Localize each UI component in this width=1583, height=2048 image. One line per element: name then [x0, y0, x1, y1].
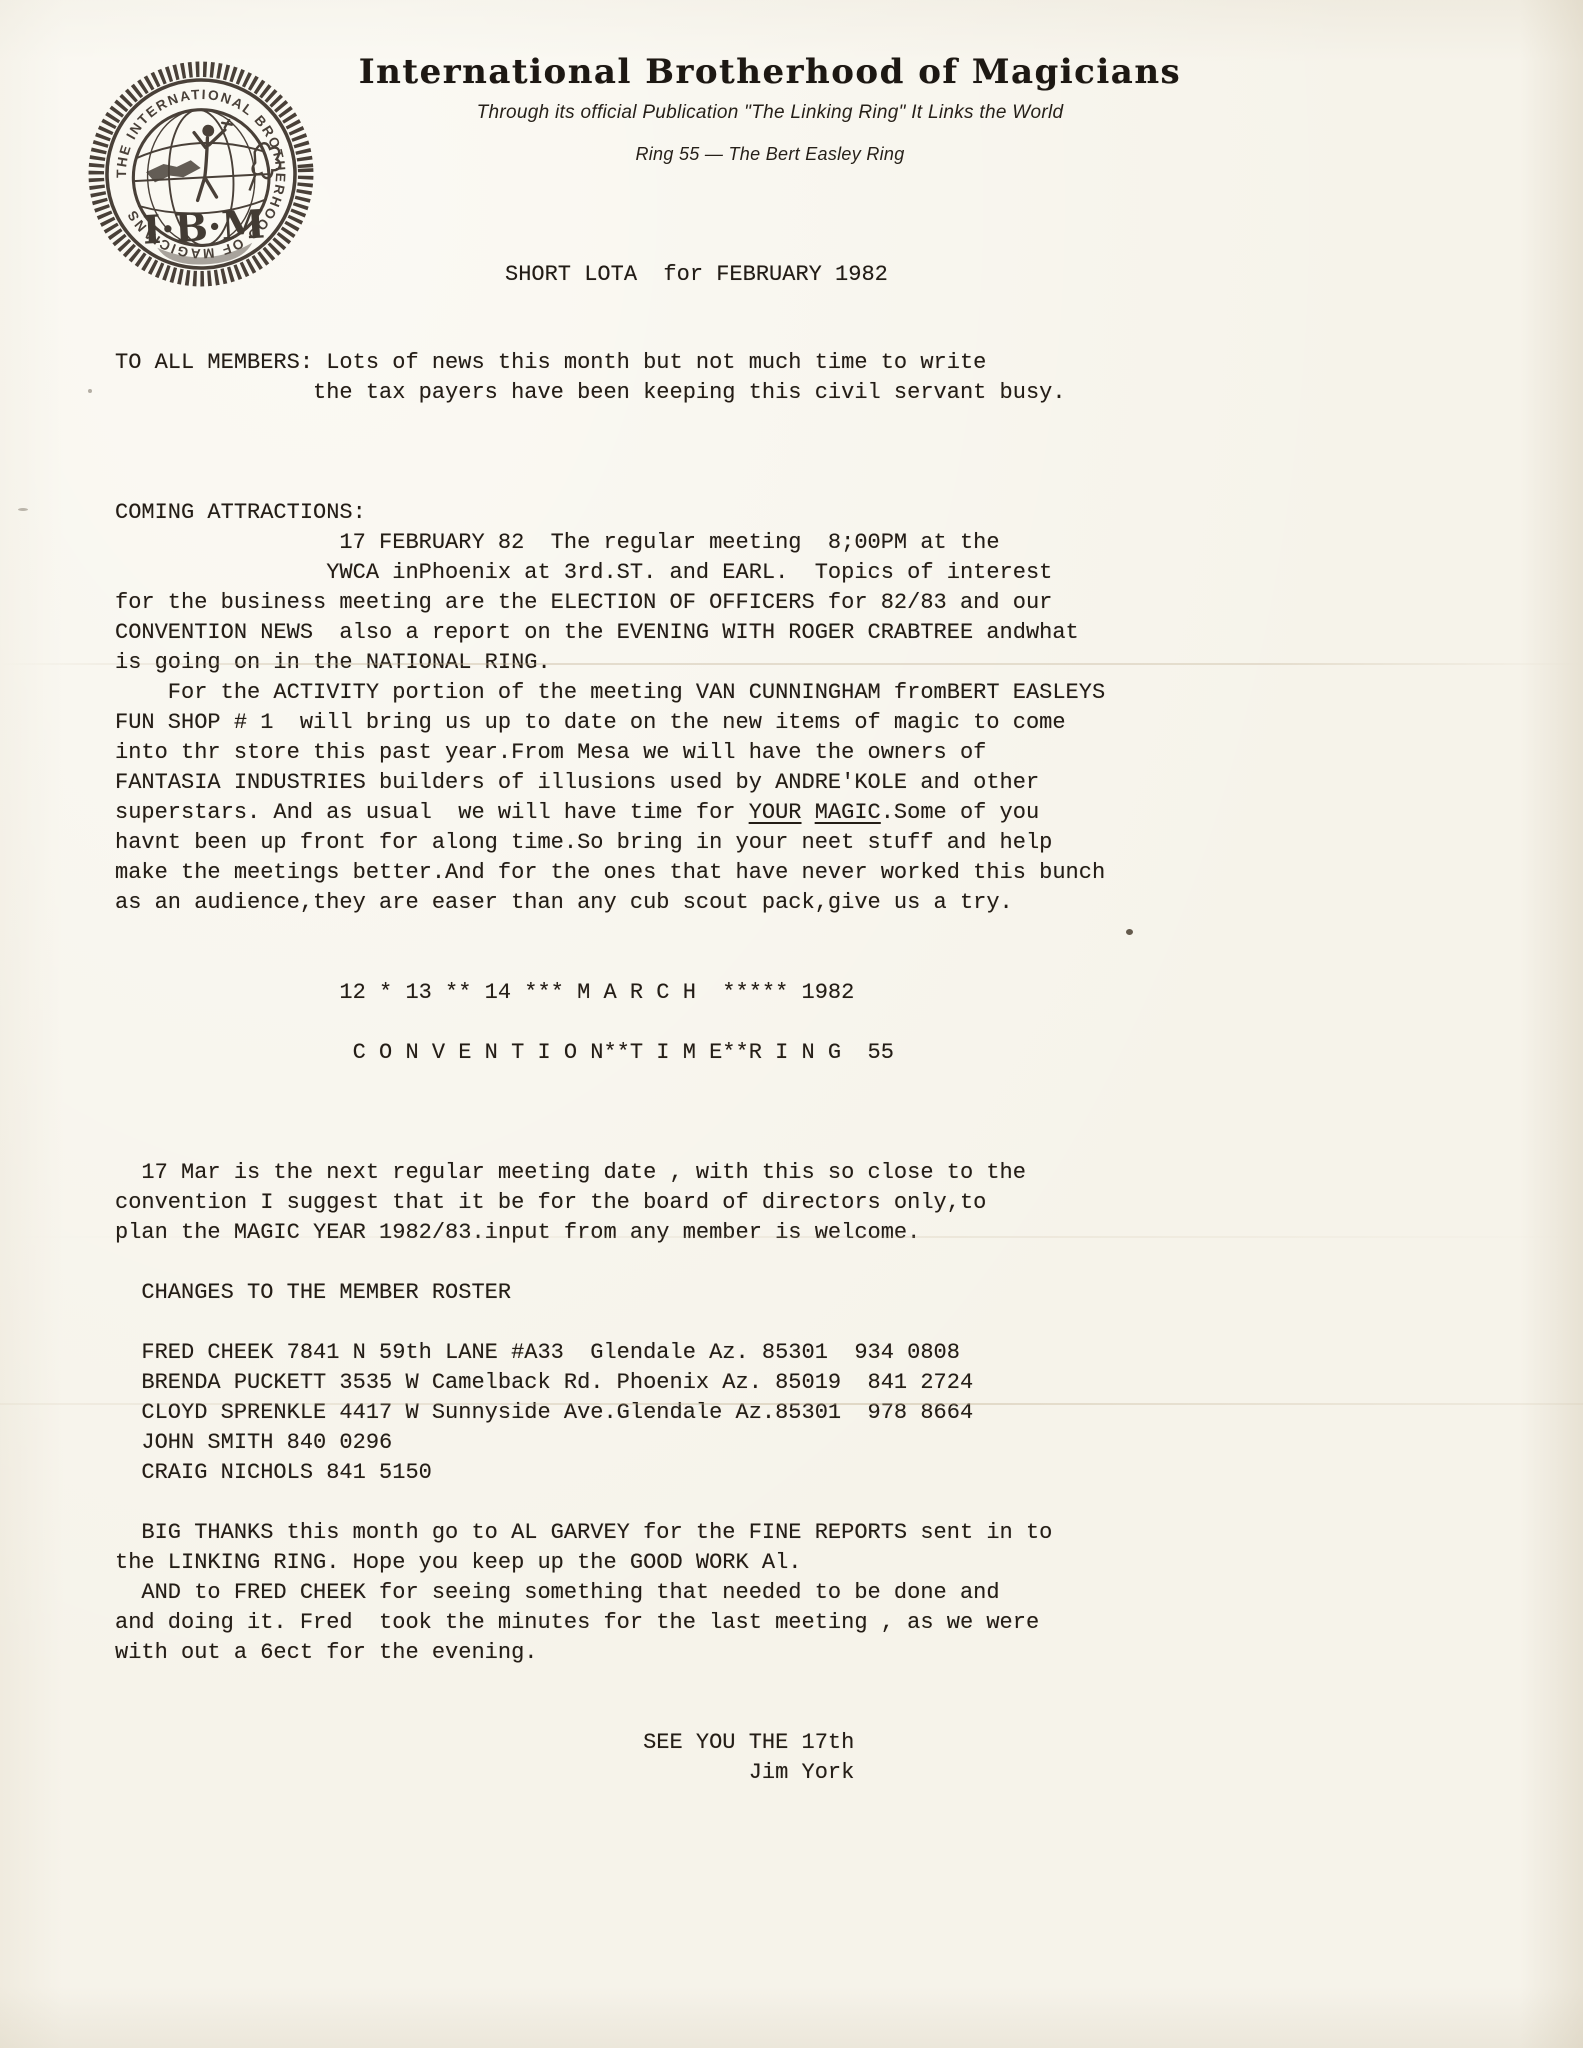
text-line — [115, 1248, 1445, 1278]
text-line: superstars. And as usual we will have ti… — [115, 798, 1445, 828]
text-line: convention I suggest that it be for the … — [115, 1188, 1445, 1218]
text-line — [115, 1008, 1445, 1038]
text-line — [115, 1668, 1445, 1698]
text-line: JOHN SMITH 840 0296 — [115, 1428, 1445, 1458]
text-segment: .Some of you — [881, 800, 1039, 825]
text-line — [115, 918, 1445, 948]
text-line: Jim York — [115, 1758, 1445, 1788]
body-lines: TO ALL MEMBERS: Lots of news this month … — [115, 348, 1445, 1788]
text-line: FRED CHEEK 7841 N 59th LANE #A33 Glendal… — [115, 1338, 1445, 1368]
text-segment — [802, 800, 815, 825]
text-line — [115, 1698, 1445, 1728]
text-line: AND to FRED CHEEK for seeing something t… — [115, 1578, 1445, 1608]
newsletter-heading: SHORT LOTA for FEBRUARY 1982 — [505, 262, 888, 287]
text-line: with out a 6ect for the evening. — [115, 1638, 1445, 1668]
text-line — [115, 1068, 1445, 1098]
text-line: CRAIG NICHOLS 841 5150 — [115, 1458, 1445, 1488]
text-line — [115, 408, 1445, 438]
text-line: BIG THANKS this month go to AL GARVEY fo… — [115, 1518, 1445, 1548]
text-line: BRENDA PUCKETT 3535 W Camelback Rd. Phoe… — [115, 1368, 1445, 1398]
ink-speck — [88, 389, 92, 393]
text-line: into thr store this past year.From Mesa … — [115, 738, 1445, 768]
text-line: for the business meeting are the ELECTIO… — [115, 588, 1445, 618]
text-line: YWCA inPhoenix at 3rd.ST. and EARL. Topi… — [115, 558, 1445, 588]
text-line: TO ALL MEMBERS: Lots of news this month … — [115, 348, 1445, 378]
text-line: plan the MAGIC YEAR 1982/83.input from a… — [115, 1218, 1445, 1248]
masthead: International Brotherhood of Magicians T… — [330, 52, 1210, 165]
text-line — [115, 1128, 1445, 1158]
text-line: For the ACTIVITY portion of the meeting … — [115, 678, 1445, 708]
ring-name-line: Ring 55 — The Bert Easley Ring — [330, 144, 1210, 165]
ink-speck — [18, 508, 28, 511]
text-line: the LINKING RING. Hope you keep up the G… — [115, 1548, 1445, 1578]
organization-title: International Brotherhood of Magicians — [330, 52, 1210, 92]
text-line: is going on in the NATIONAL RING. — [115, 648, 1445, 678]
text-line: FUN SHOP # 1 will bring us up to date on… — [115, 708, 1445, 738]
text-line: 12 * 13 ** 14 *** M A R C H ***** 1982 — [115, 978, 1445, 1008]
text-line: CHANGES TO THE MEMBER ROSTER — [115, 1278, 1445, 1308]
text-line: 17 FEBRUARY 82 The regular meeting 8;00P… — [115, 528, 1445, 558]
text-line: CLOYD SPRENKLE 4417 W Sunnyside Ave.Glen… — [115, 1398, 1445, 1428]
text-line: SEE YOU THE 17th — [115, 1728, 1445, 1758]
text-line: CONVENTION NEWS also a report on the EVE… — [115, 618, 1445, 648]
text-line: and doing it. Fred took the minutes for … — [115, 1608, 1445, 1638]
text-line — [115, 438, 1445, 468]
ibm-seal-logo: THE INTERNATIONAL BROTHERHOOD OF MAGICIA… — [76, 49, 326, 299]
text-line: C O N V E N T I O N**T I M E**R I N G 55 — [115, 1038, 1445, 1068]
text-line — [115, 1308, 1445, 1338]
text-line: the tax payers have been keeping this ci… — [115, 378, 1445, 408]
text-line: make the meetings better.And for the one… — [115, 858, 1445, 888]
text-line: 17 Mar is the next regular meeting date … — [115, 1158, 1445, 1188]
text-line — [115, 1098, 1445, 1128]
mercury-figure-icon — [194, 120, 236, 200]
publication-subtitle: Through its official Publication "The Li… — [330, 102, 1210, 124]
text-line: as an audience,they are easer than any c… — [115, 888, 1445, 918]
text-line: COMING ATTRACTIONS: — [115, 498, 1445, 528]
text-line — [115, 468, 1445, 498]
text-line — [115, 948, 1445, 978]
underlined-text: MAGIC — [815, 800, 881, 825]
text-line: havnt been up front for along time.So br… — [115, 828, 1445, 858]
text-line: FANTASIA INDUSTRIES builders of illusion… — [115, 768, 1445, 798]
newsletter-page: THE INTERNATIONAL BROTHERHOOD OF MAGICIA… — [0, 0, 1583, 2048]
text-line — [115, 1488, 1445, 1518]
underlined-text: YOUR — [749, 800, 802, 825]
text-segment: superstars. And as usual we will have ti… — [115, 800, 749, 825]
